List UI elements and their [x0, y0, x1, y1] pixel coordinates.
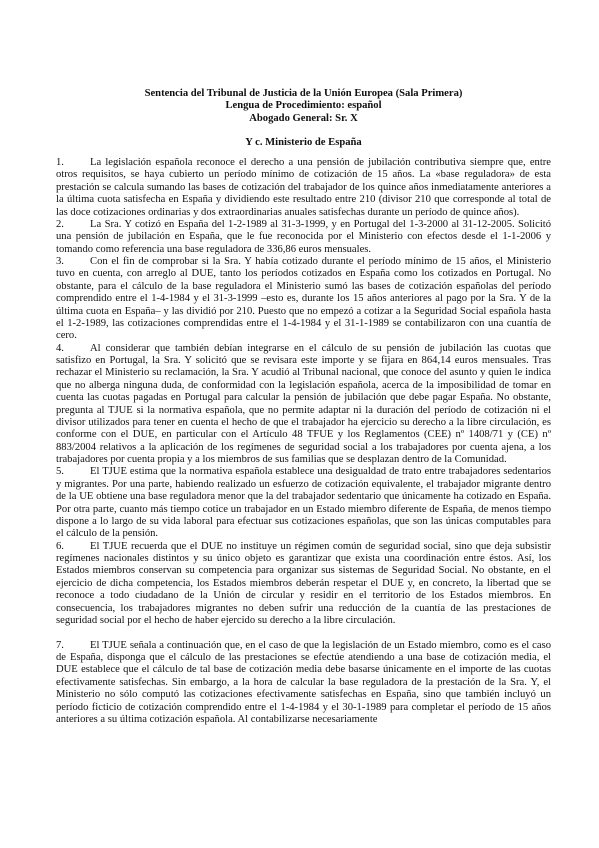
paragraph-1: 1.La legislación española reconoce el de… — [56, 157, 551, 219]
paragraph-number: 1. — [56, 157, 90, 169]
case-name: Y c. Ministerio de España — [56, 137, 551, 149]
document-body: 1.La legislación española reconoce el de… — [56, 157, 551, 726]
paragraph-number: 7. — [56, 640, 90, 652]
paragraph-number: 4. — [56, 343, 90, 355]
advocate-general: Abogado General: Sr. X — [56, 113, 551, 125]
paragraph-text: Con el fin de comprobar si la Sra. Y hab… — [56, 256, 551, 341]
paragraph-4: 4.Al considerar que también debían integ… — [56, 343, 551, 467]
paragraph-number: 3. — [56, 256, 90, 268]
paragraph-number: 6. — [56, 541, 90, 553]
paragraph-2: 2.La Sra. Y cotizó en España del 1-2-198… — [56, 219, 551, 256]
paragraph-text: El TJUE estima que la normativa española… — [56, 466, 551, 539]
document-header: Sentencia del Tribunal de Justicia de la… — [56, 88, 551, 150]
procedure-language: Lengua de Procedimiento: español — [56, 100, 551, 112]
paragraph-number: 5. — [56, 466, 90, 478]
document-page: Sentencia del Tribunal de Justicia de la… — [0, 0, 599, 848]
judgment-title: Sentencia del Tribunal de Justicia de la… — [56, 88, 551, 100]
paragraph-text: El TJUE señala a continuación que, en el… — [56, 640, 551, 725]
paragraph-text: El TJUE recuerda que el DUE no instituye… — [56, 541, 551, 626]
paragraph-5: 5.El TJUE estima que la normativa españo… — [56, 466, 551, 540]
paragraph-text: La Sra. Y cotizó en España del 1-2-1989 … — [56, 219, 551, 255]
paragraph-text: Al considerar que también debían integra… — [56, 343, 551, 465]
paragraph-text: La legislación española reconoce el dere… — [56, 157, 551, 218]
paragraph-3: 3.Con el fin de comprobar si la Sra. Y h… — [56, 256, 551, 343]
paragraph-7: 7.El TJUE señala a continuación que, en … — [56, 640, 551, 727]
paragraph-6: 6.El TJUE recuerda que el DUE no institu… — [56, 541, 551, 628]
paragraph-number: 2. — [56, 219, 90, 231]
